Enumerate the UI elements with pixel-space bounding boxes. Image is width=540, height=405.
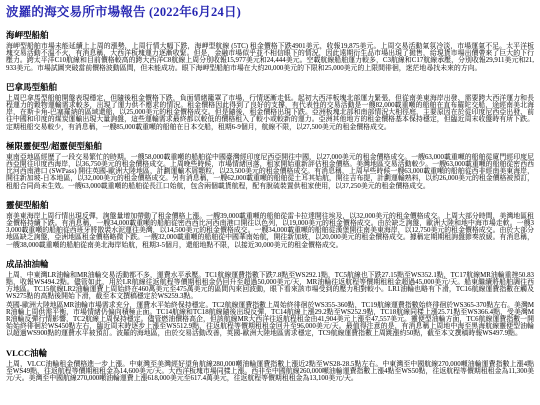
section-heading-ultramax-supramax: 極限靈便型/超靈便型船舶 [6, 141, 534, 151]
section-ultramax-supramax: 極限靈便型/超靈便型船舶 東南亞地區經歷了一段交易繁忙的時期。一艘58,000載… [6, 141, 534, 190]
section-heading-panamax: 巴拿馬型船舶 [6, 82, 534, 92]
section-paragraph: 上周，VLCC油輪租金價格進一步上漲。中東灣至美灣經好望角航線280,000噸油… [6, 361, 534, 383]
section-capesize: 海岬型船舶 海岬型船舶市場未能延續上上周的漲勢，上周行情大幅下跌，海岬型航線 (… [6, 30, 534, 72]
document-page: 波羅的海交易所市場報告 (2022年6月24日) 海岬型船舶 海岬型船舶市場未能… [0, 0, 540, 405]
page-title: 波羅的海交易所市場報告 (2022年6月24日) [6, 5, 534, 20]
section-handysize: 靈便型船舶 南美東海岸上周行情出現反彈，詢盤量增加帶動了租金價格上漲。一艘39,… [6, 200, 534, 249]
section-paragraph: 上周巴拿馬型船舶開盤表現穩定，但隨後租金價格下跌，負面情緒籠罩了市場，行情逐漸走… [6, 95, 534, 131]
section-vlcc: VLCC油輪 上周，VLCC油輪租金價格進一步上漲。中東灣至美灣經好望角航線28… [6, 348, 534, 383]
section-paragraph: 南美東海岸上周行情出現反彈，詢盤量增加帶動了租金價格上漲。一艘39,000載重噸… [6, 213, 534, 249]
section-product-tanker: 成品油油輪 上周，中東灣LR油輪和MR油輪交易活動都不多，運費水平承壓。TC1航… [6, 259, 534, 338]
section-paragraph: 上周，中東灣LR油輪和MR油輪交易活動都不多，運費水平承壓。TC1航線運費指數下… [6, 272, 534, 301]
section-heading-capesize: 海岬型船舶 [6, 30, 534, 40]
section-heading-product-tanker: 成品油油輪 [6, 259, 534, 269]
section-paragraph: 海岬型船舶市場未能延續上上周的漲勢，上周行情大幅下跌，海岬型航線 (5TC) 租… [6, 43, 534, 72]
section-heading-vlcc: VLCC油輪 [6, 348, 534, 358]
section-heading-handysize: 靈便型船舶 [6, 200, 534, 210]
section-panamax: 巴拿馬型船舶 上周巴拿馬型船舶開盤表現穩定，但隨後租金價格下跌，負面情緒籠罩了市… [6, 82, 534, 131]
section-paragraph: 英國-歐洲大陸地區MR油輪市場需求充分，運費水平始終保持穩定。TC2航線運費指數… [6, 302, 534, 338]
section-paragraph: 東南亞地區經歷了一段交易繁忙的時期。一艘58,000載重噸的船舶從中國臺灣經印度… [6, 154, 534, 190]
